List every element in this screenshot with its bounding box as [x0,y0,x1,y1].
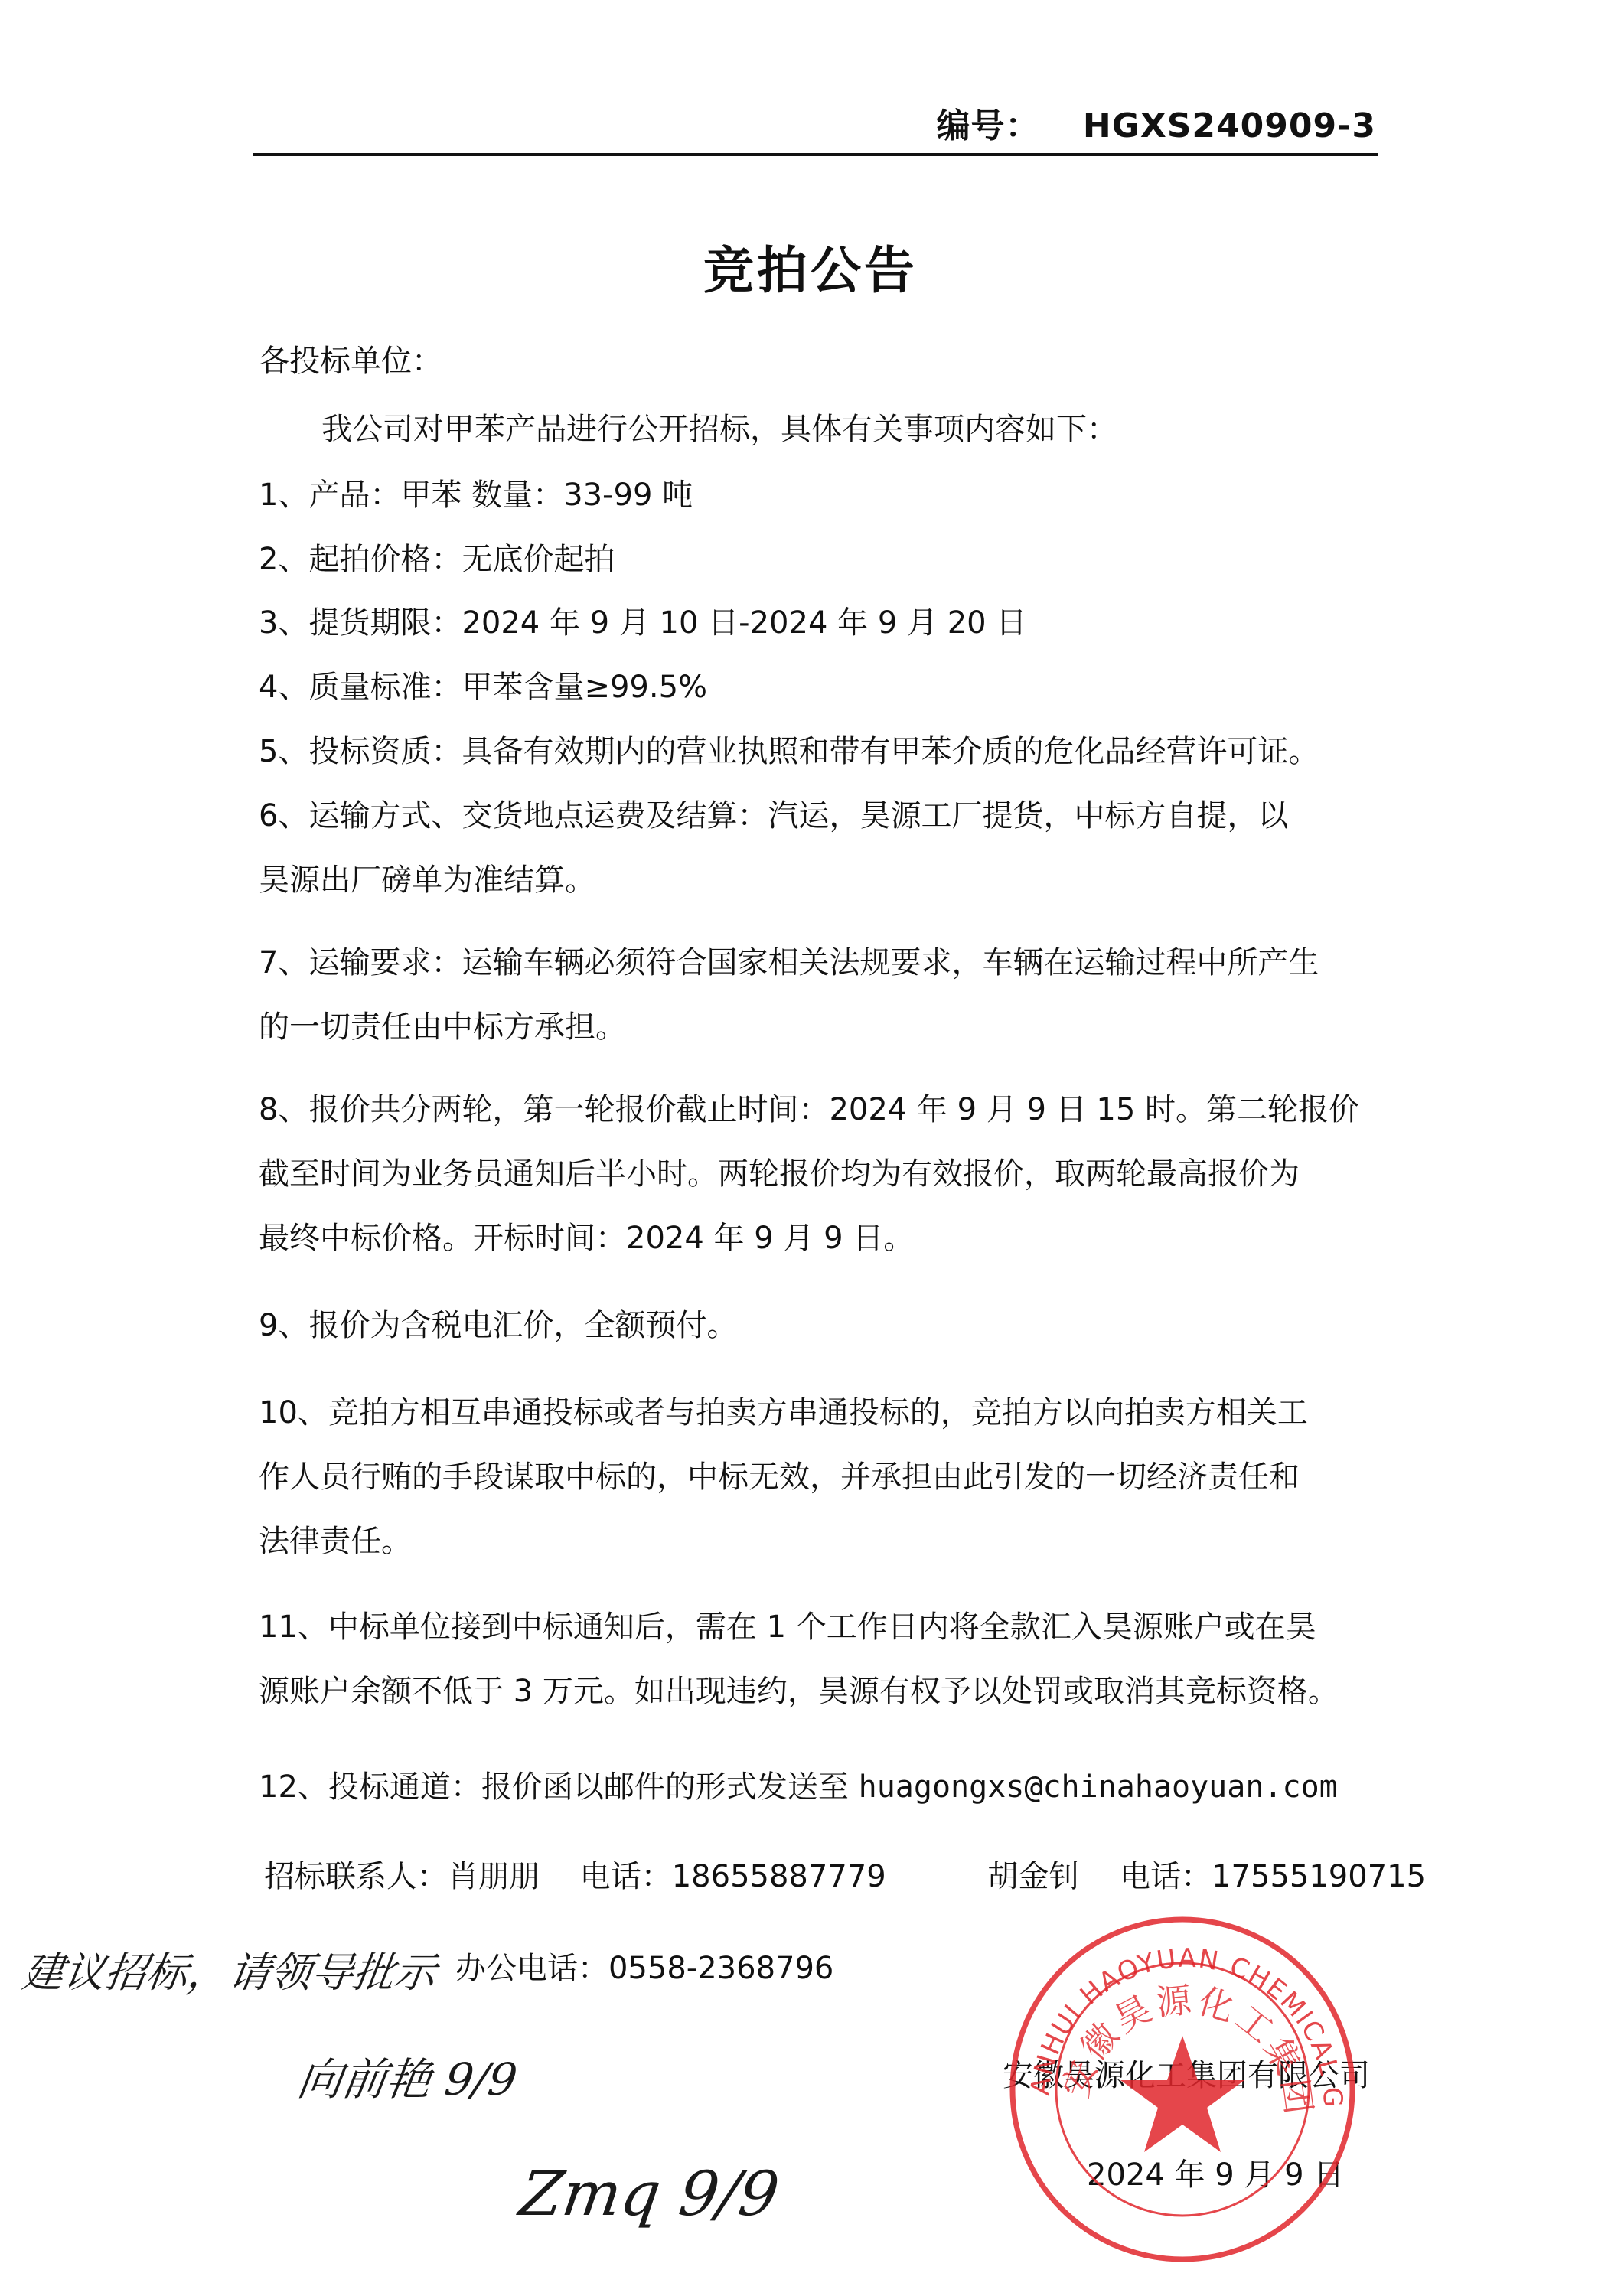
item-8-line-1: 8、报价共分两轮，第一轮报价截止时间：2024 年 9 月 9 日 15 时。第… [259,1094,1359,1125]
salutation: 各投标单位： [259,346,442,377]
handwritten-signature-2: Zmq 9/9 [515,2158,783,2229]
contact-row: 招标联系人：肖朋朋 电话：18655887779 胡金钊 电话：17555190… [264,1861,1426,1892]
item-6-line-1: 6、运输方式、交货地点运费及结算：汽运，昊源工厂提货，中标方自提，以 [259,801,1288,831]
page-title: 竞拍公告 [0,230,1621,302]
company-seal: ANHUI HAOYUAN CHEMICAL GROUP CO.,LTD. 安徽… [1003,1906,1362,2265]
item-6-line-2: 昊源出厂磅单为准结算。 [259,865,595,895]
intro-paragraph: 我公司对甲苯产品进行公开招标，具体有关事项内容如下： [321,414,1117,445]
item-8-line-2: 截至时间为业务员通知后半小时。两轮报价均为有效报价，取两轮最高报价为 [259,1159,1300,1189]
contact-1-name: 肖朋朋 [448,1859,540,1894]
office-phone-value: 0558-2368796 [608,1951,833,1986]
item-10-line-1: 10、竞拍方相互串通投标或者与拍卖方串通投标的，竞拍方以向拍卖方相关工 [259,1397,1308,1428]
contact-1-phone-label: 电话： [580,1859,672,1894]
office-phone-label: 办公电话： [455,1951,608,1986]
item-4: 4、质量标准：甲苯含量≥99.5% [259,672,707,703]
item-11-line-2: 源账户余额不低于 3 万元。如出现违约，昊源有权予以处罚或取消其竞标资格。 [259,1676,1339,1707]
handwritten-note-recommendation: 建议招标，请领导批示 [19,1940,441,1999]
contact-label: 招标联系人： [264,1859,448,1894]
contact-2-name: 胡金钊 [987,1859,1079,1894]
item-10-line-2: 作人员行贿的手段谋取中标的，中标无效，并承担由此引发的一切经济责任和 [259,1462,1300,1492]
item-7-line-2: 的一切责任由中标方承担。 [259,1012,626,1042]
item-1: 1、产品：甲苯 数量：33-99 吨 [259,480,693,510]
office-phone: 办公电话：0558-2368796 [455,1953,833,1984]
header-divider [253,153,1378,156]
contact-2-phone-label: 电话： [1120,1859,1212,1894]
item-12: 12、投标通道：报价函以邮件的形式发送至 huagongxs@chinahaoy… [259,1772,1338,1802]
document-number: 编号： HGXS240909-3 [937,98,1376,147]
document-number-label: 编号： [937,106,1040,145]
item-7-line-1: 7、运输要求：运输车辆必须符合国家相关法规要求，车辆在运输过程中所产生 [259,947,1319,978]
item-5: 5、投标资质：具备有效期内的营业执照和带有甲苯介质的危化品经营许可证。 [259,736,1319,767]
item-2: 2、起拍价格：无底价起拍 [259,544,615,575]
item-3: 3、提货期限：2024 年 9 月 10 日-2024 年 9 月 20 日 [259,608,1026,638]
item-8-line-3: 最终中标价格。开标时间：2024 年 9 月 9 日。 [259,1223,914,1254]
item-12-text: 12、投标通道：报价函以邮件的形式发送至 [259,1769,859,1805]
document-number-value: HGXS240909-3 [1083,106,1376,145]
handwritten-signature-1: 向前艳 9/9 [294,2043,522,2108]
contact-2-phone: 17555190715 [1212,1859,1426,1894]
item-10-line-3: 法律责任。 [259,1526,412,1557]
email-link[interactable]: huagongxs@chinahaoyuan.com [859,1769,1338,1805]
item-9: 9、报价为含税电汇价，全额预付。 [259,1310,737,1341]
item-11-line-1: 11、中标单位接到中标通知后，需在 1 个工作日内将全款汇入昊源账户或在昊 [259,1612,1316,1642]
contact-1-phone: 18655887779 [672,1859,886,1894]
seal-icon: ANHUI HAOYUAN CHEMICAL GROUP CO.,LTD. 安徽… [1003,1906,1362,2265]
